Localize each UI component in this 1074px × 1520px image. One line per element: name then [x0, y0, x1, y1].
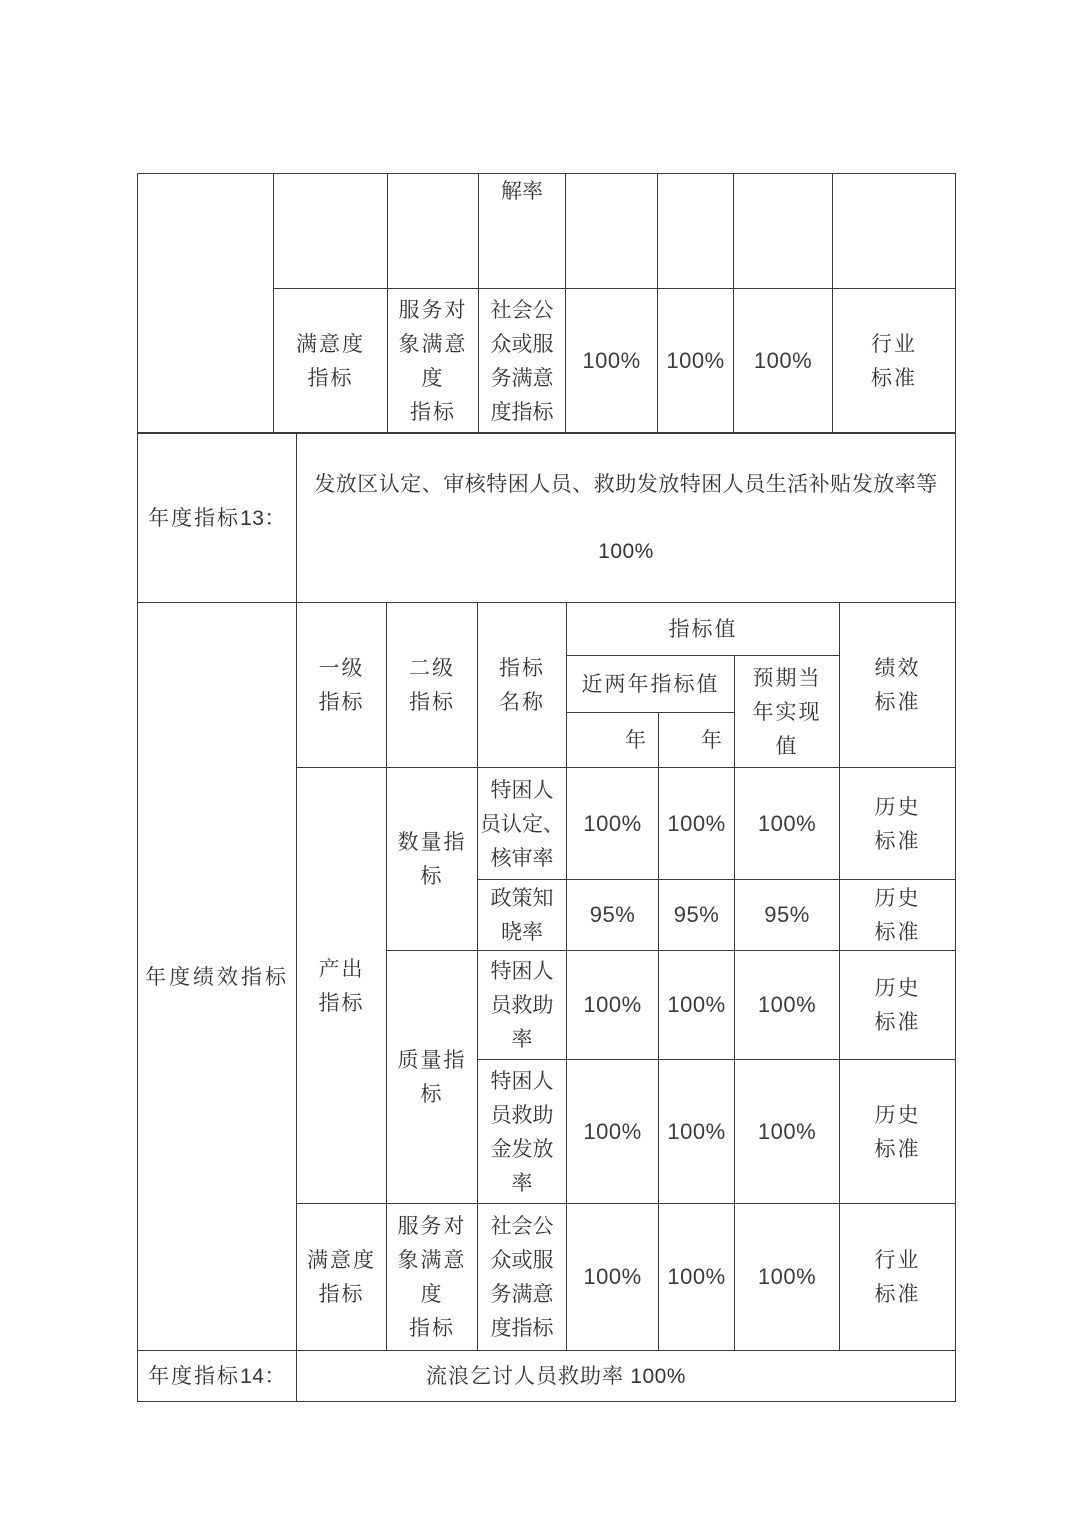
quality-group-cell: 质量指 标	[387, 951, 478, 1204]
indicator-name-cell: 特困人 员认定、 核审率	[478, 768, 567, 880]
expected-value-cell: 100%	[735, 1060, 840, 1204]
empty-cell	[658, 174, 734, 289]
satisfaction-indicator-cell: 社会公 众或服 务满意 度指标	[479, 289, 566, 433]
annual-indicator-13-line2: 100%	[297, 535, 955, 568]
quantity-group-cell: 数量指 标	[387, 768, 478, 951]
empty-cell	[388, 174, 479, 289]
satisfaction-indicator-cell: 社会公 众或服 务满意 度指标	[478, 1204, 567, 1351]
year1-value-cell: 100%	[567, 768, 659, 880]
annual-indicator-14-value: 100%	[630, 1365, 686, 1388]
header-recent-two-years: 近两年指标值	[567, 656, 735, 713]
row-header-annual-performance: 年度绩效指标	[138, 603, 297, 1351]
annual-indicator-13-line1: 发放区认定、审核特困人员、救助发放特困人员生活补贴发放率等	[297, 468, 955, 501]
annual-indicator-14-text: 流浪乞讨人员救助率	[426, 1364, 624, 1388]
satisfaction-level1-cell: 满意度 指标	[274, 289, 388, 433]
indicator-name-cell: 政策知 晓率	[478, 880, 567, 951]
empty-row-label-cell	[138, 174, 274, 433]
annual-indicator-13-label-text: 年度指标	[148, 506, 240, 530]
annual-indicator-14-label-text: 年度指标	[148, 1364, 240, 1388]
empty-cell	[833, 174, 956, 289]
header-expected-current-year: 预期当 年实现 值	[735, 656, 840, 768]
annual-indicator-14-row: 年度指标14： 流浪乞讨人员救助率 100%	[138, 1351, 956, 1402]
satisfaction-level1-cell: 满意度 指标	[297, 1204, 387, 1351]
expected-value-cell: 100%	[735, 768, 840, 880]
annual-indicator-14-label-num: 14：	[240, 1365, 286, 1388]
year1-value-cell: 100%	[566, 289, 658, 433]
header-level1: 一级 指标	[297, 603, 387, 768]
year2-value-cell: 100%	[659, 1060, 735, 1204]
standard-cell: 历史 标准	[840, 880, 956, 951]
year2-value-cell: 100%	[658, 289, 734, 433]
header-year1: 年	[567, 713, 659, 768]
carryover-row: 解率	[138, 174, 956, 289]
year1-value-cell: 100%	[567, 1204, 659, 1351]
expected-value-cell: 100%	[734, 289, 833, 433]
standard-cell: 行业 标准	[840, 1204, 956, 1351]
standard-cell: 行业 标准	[833, 289, 956, 433]
annual-indicator-13-row: 年度指标13： 发放区认定、审核特困人员、救助发放特困人员生活补贴发放率等 10…	[138, 434, 956, 603]
annual-indicator-14-label: 年度指标14：	[138, 1351, 297, 1402]
header-level2: 二级 指标	[387, 603, 478, 768]
standard-cell: 历史 标准	[840, 768, 956, 880]
document-page: 解率 满意度 指标 服务对 象满意 度 指标 社会公 众或服 务满意 度指标 1…	[0, 0, 1074, 1520]
annual-indicator-13-label-num: 13：	[240, 507, 286, 530]
header-year2: 年	[659, 713, 735, 768]
satisfaction-level2-cell: 服务对 象满意 度 指标	[388, 289, 479, 433]
annual-indicator-13-content: 发放区认定、审核特困人员、救助发放特困人员生活补贴发放率等 100%	[297, 434, 956, 603]
performance-indicator-table: 年度指标13： 发放区认定、审核特困人员、救助发放特困人员生活补贴发放率等 10…	[137, 433, 956, 1402]
year1-value-cell: 95%	[567, 880, 659, 951]
table-continuation-fragment: 解率 满意度 指标 服务对 象满意 度 指标 社会公 众或服 务满意 度指标 1…	[137, 173, 956, 433]
indicator-name-cell: 特困人 员救助 金发放 率	[478, 1060, 567, 1204]
year2-value-cell: 100%	[659, 1204, 735, 1351]
expected-value-cell: 100%	[735, 951, 840, 1060]
annual-indicator-14-content: 流浪乞讨人员救助率 100%	[297, 1351, 956, 1402]
indicator-name-cell: 特困人 员救助 率	[478, 951, 567, 1060]
output-group-cell: 产出 指标	[297, 768, 387, 1204]
header-indicator-value: 指标值	[567, 603, 840, 656]
carryover-indicator-name: 解率	[479, 174, 566, 289]
year2-value-cell: 100%	[659, 951, 735, 1060]
empty-cell	[274, 174, 388, 289]
satisfaction-level2-cell: 服务对 象满意 度 指标	[387, 1204, 478, 1351]
year1-value-cell: 100%	[567, 951, 659, 1060]
standard-cell: 历史 标准	[840, 951, 956, 1060]
expected-value-cell: 95%	[735, 880, 840, 951]
header-indicator-name: 指标 名称	[478, 603, 567, 768]
year2-value-cell: 95%	[659, 880, 735, 951]
header-performance-standard: 绩效 标准	[840, 603, 956, 768]
year1-value-cell: 100%	[567, 1060, 659, 1204]
standard-cell: 历史 标准	[840, 1060, 956, 1204]
header-row-1: 年度绩效指标 一级 指标 二级 指标 指标 名称 指标值 绩效 标准	[138, 603, 956, 656]
empty-cell	[734, 174, 833, 289]
empty-cell	[566, 174, 658, 289]
expected-value-cell: 100%	[735, 1204, 840, 1351]
annual-indicator-13-label: 年度指标13：	[138, 434, 297, 603]
year2-value-cell: 100%	[659, 768, 735, 880]
